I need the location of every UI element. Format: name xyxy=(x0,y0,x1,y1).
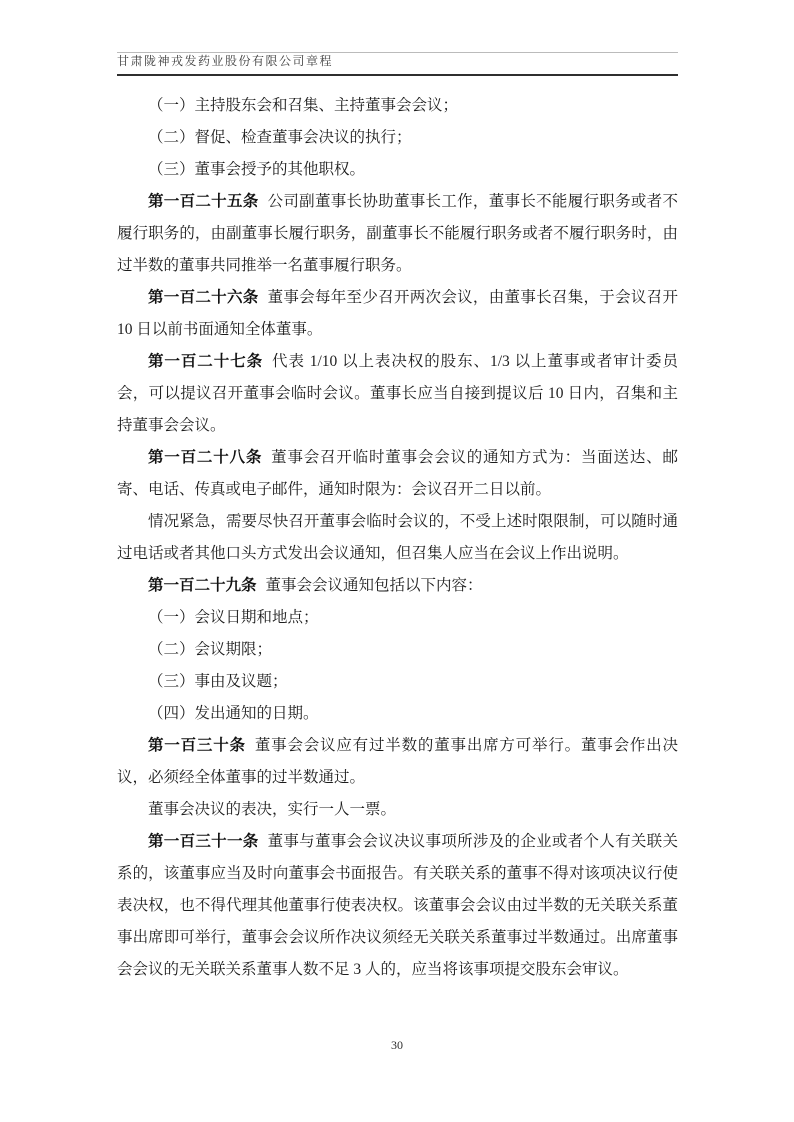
list-item-text: （一）会议日期和地点； xyxy=(148,609,319,626)
article-paragraph: 第一百二十七条代表 1/10 以上表决权的股东、1/3 以上董事或者审计委员会，… xyxy=(117,346,678,442)
body-paragraph-text: 情况紧急，需要尽快召开董事会临时会议的，不受上述时限限制，可以随时通过电话或者其… xyxy=(117,513,678,562)
article-paragraph: 第一百二十五条公司副董事长协助董事长工作，董事长不能履行职务或者不履行职务的，由… xyxy=(117,186,678,282)
article-number: 第一百二十七条 xyxy=(148,353,263,370)
page-header: 甘肃陇神戎发药业股份有限公司章程 xyxy=(117,52,678,76)
article-number: 第一百二十八条 xyxy=(148,449,262,466)
list-item: （二）会议期限； xyxy=(117,634,678,666)
page-number: 30 xyxy=(391,1038,403,1052)
document-page: 甘肃陇神戎发药业股份有限公司章程 （一）主持股东会和召集、主持董事会会议； （二… xyxy=(0,0,794,1122)
body-paragraph-text: 董事会决议的表决，实行一人一票。 xyxy=(148,801,396,818)
list-item-text: （一）主持股东会和召集、主持董事会会议； xyxy=(148,97,458,114)
list-item: （三）事由及议题； xyxy=(117,666,678,698)
article-number: 第一百二十九条 xyxy=(148,577,257,594)
list-item: （一）会议日期和地点； xyxy=(117,602,678,634)
article-paragraph: 第一百二十九条董事会会议通知包括以下内容： xyxy=(117,570,678,602)
header-title: 甘肃陇神戎发药业股份有限公司章程 xyxy=(117,54,333,68)
article-number: 第一百二十五条 xyxy=(148,193,259,210)
article-paragraph: 第一百三十一条董事与董事会会议决议事项所涉及的企业或者个人有关联关系的，该董事应… xyxy=(117,826,678,986)
document-body: （一）主持股东会和召集、主持董事会会议； （二）督促、检查董事会决议的执行； （… xyxy=(117,90,678,986)
article-number: 第一百二十六条 xyxy=(148,289,259,306)
list-item: （四）发出通知的日期。 xyxy=(117,698,678,730)
body-paragraph: 情况紧急，需要尽快召开董事会临时会议的，不受上述时限限制，可以随时通过电话或者其… xyxy=(117,506,678,570)
article-text: 董事与董事会会议决议事项所涉及的企业或者个人有关联关系的，该董事应当及时向董事会… xyxy=(117,833,678,978)
article-number: 第一百三十条 xyxy=(148,737,246,754)
article-number: 第一百三十一条 xyxy=(148,833,259,850)
article-paragraph: 第一百三十条董事会会议应有过半数的董事出席方可举行。董事会作出决议，必须经全体董… xyxy=(117,730,678,794)
article-text: 董事会会议通知包括以下内容： xyxy=(266,577,483,594)
list-item-text: （二）会议期限； xyxy=(148,641,272,658)
list-item-text: （三）董事会授予的其他职权。 xyxy=(148,161,365,178)
list-item: （一）主持股东会和召集、主持董事会会议； xyxy=(117,90,678,122)
body-paragraph: 董事会决议的表决，实行一人一票。 xyxy=(117,794,678,826)
list-item: （二）督促、检查董事会决议的执行； xyxy=(117,122,678,154)
page-footer: 30 xyxy=(0,1038,794,1053)
article-paragraph: 第一百二十六条董事会每年至少召开两次会议，由董事长召集，于会议召开 10 日以前… xyxy=(117,282,678,346)
list-item: （三）董事会授予的其他职权。 xyxy=(117,154,678,186)
list-item-text: （四）发出通知的日期。 xyxy=(148,705,319,722)
list-item-text: （三）事由及议题； xyxy=(148,673,288,690)
list-item-text: （二）督促、检查董事会决议的执行； xyxy=(148,129,412,146)
article-paragraph: 第一百二十八条董事会召开临时董事会会议的通知方式为：当面送达、邮寄、电话、传真或… xyxy=(117,442,678,506)
